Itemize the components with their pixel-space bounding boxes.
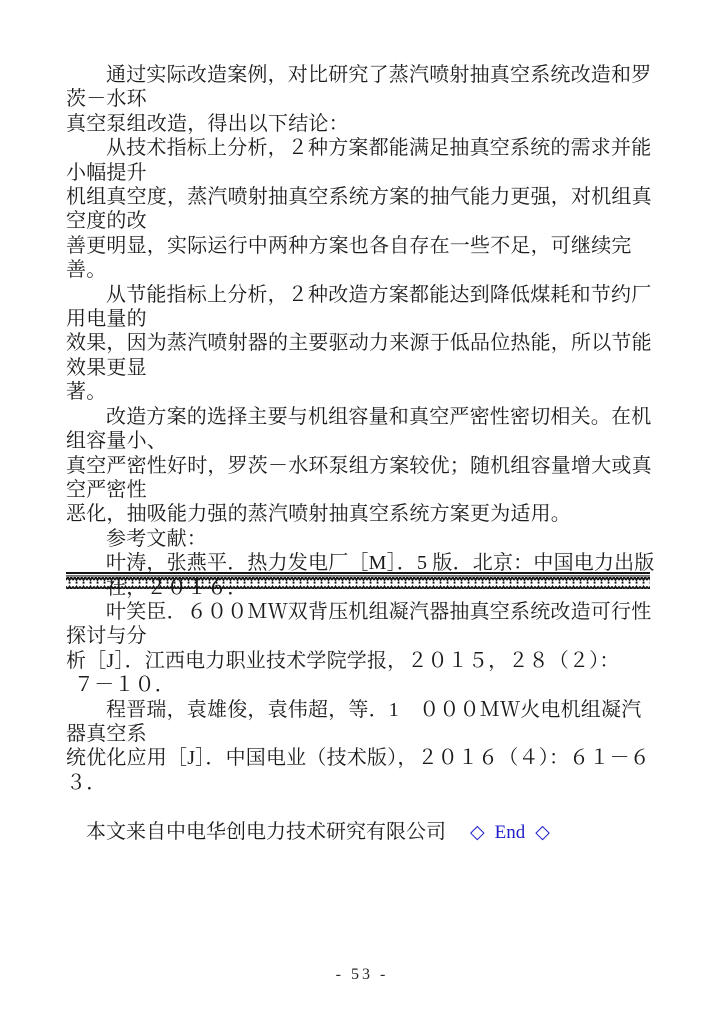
text-line: 恶化，抽吸能力强的蒸汽喷射抽真空系统方案更为适用。	[66, 502, 660, 526]
reference-line: 统优化应用［J］．中国电业（技术版），２０１６（４）：６１－６３．	[66, 746, 660, 795]
text-line: 从节能指标上分析，２种改造方案都能达到降低煤耗和节约厂用电量的	[66, 283, 660, 332]
text-line: 机组真空度，蒸汽喷射抽真空系统方案的抽气能力更强，对机组真空度的改	[66, 185, 660, 234]
text-line: 改造方案的选择主要与机组容量和真空严密性密切相关。在机组容量小、	[66, 405, 660, 454]
reference-line: 程晋瑞，袁雄俊，袁伟超，等．1 ０００ＭＷ火电机组凝汽器真空系	[66, 698, 660, 747]
diamond-icon: ◇	[470, 822, 485, 843]
text-line: 通过实际改造案例，对比研究了蒸汽喷射抽真空系统改造和罗茨－水环	[66, 63, 660, 112]
wave-border-graphic	[66, 572, 650, 589]
end-label: End	[495, 822, 526, 843]
diamond-icon: ◇	[535, 822, 550, 843]
page-number: - 53 -	[0, 966, 724, 984]
text-line: 从技术指标上分析，２种方案都能满足抽真空系统的需求并能小幅提升	[66, 136, 660, 185]
text-line: 真空严密性好时，罗茨－水环泵组方案较优；随机组容量增大或真空严密性	[66, 454, 660, 503]
text-line: 真空泵组改造，得出以下结论：	[66, 112, 660, 136]
document-body: 通过实际改造案例，对比研究了蒸汽喷射抽真空系统改造和罗茨－水环 真空泵组改造，得…	[66, 63, 660, 869]
reference-line: 叶笑臣．６００ＭＷ双背压机组凝汽器抽真空系统改造可行性探讨与分	[66, 600, 660, 649]
document-page: { "colors": { "text": "#1b1b1b", "accent…	[0, 0, 724, 1024]
text-line: 善更明显，实际运行中两种方案也各自存在一些不足，可继续完善。	[66, 234, 660, 283]
references-heading: 参考文献：	[66, 527, 660, 551]
source-attribution-text: 本文来自中电华创电力技术研究有限公司	[86, 821, 446, 843]
text-line: 著。	[66, 380, 660, 404]
source-attribution-line: 本文来自中电华创电力技术研究有限公司◇End◇	[66, 795, 660, 869]
decorative-divider	[66, 572, 650, 589]
text-line: 效果，因为蒸汽喷射器的主要驱动力来源于低品位热能，所以节能效果更显	[66, 331, 660, 380]
reference-line: ７－１０．	[66, 673, 660, 697]
reference-line: 析［J］．江西电力职业技术学院学报，２０１５，２８（２）：	[66, 649, 660, 673]
end-marker: ◇End◇	[470, 821, 550, 843]
